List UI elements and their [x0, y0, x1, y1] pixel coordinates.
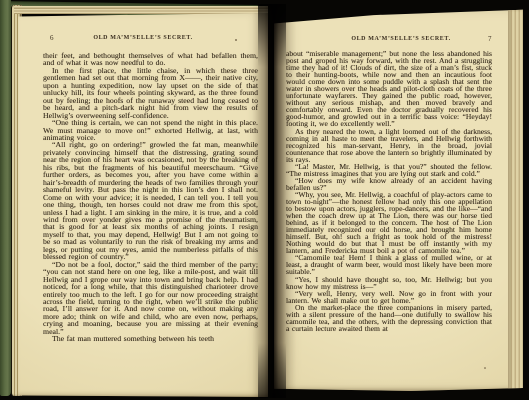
paragraph: their feet, and bethought themselves of … [43, 52, 258, 67]
right-running-header: OLD MA’M’SELLE’S SECRET. [286, 36, 516, 42]
right-page: OLD MA’M’SELLE’S SECRET. 7 about “misera… [274, 9, 523, 391]
right-page-header: OLD MA’M’SELLE’S SECRET. 7 [286, 36, 516, 42]
paragraph: On the market-place the three companions… [286, 304, 492, 332]
left-running-header: OLD MA’M’SELLE’S SECRET. [43, 35, 243, 41]
paragraph: The fat man muttered something between h… [43, 335, 258, 342]
foxing-speck [235, 39, 237, 41]
left-page-header: 6 OLD MA’M’SELLE’S SECRET. [43, 35, 243, 41]
left-page: 6 OLD MA’M’SELLE’S SECRET. their feet, a… [18, 13, 268, 397]
paragraph: “Why, you see, Mr. Hellwig, a coachful o… [286, 191, 492, 254]
paragraph: “Do not be a fool, doctor,” said the thi… [43, 261, 258, 336]
foxing-speck [484, 367, 486, 369]
left-page-text: their feet, and bethought themselves of … [43, 52, 258, 364]
open-book-photo: 6 OLD MA’M’SELLE’S SECRET. their feet, a… [0, 0, 529, 400]
paragraph: “Camomile tea! Hem! I think a glass of m… [286, 254, 492, 275]
right-page-text: about “miserable management;” but none t… [286, 50, 492, 366]
paragraph: In the first place, the little chaise, i… [43, 67, 258, 119]
foxing-speck [245, 160, 247, 162]
paragraph: “La! Master, Mr. Hellwig, is that you?” … [286, 163, 492, 177]
paragraph: “Very well, Henry, very well. Now go in … [286, 290, 492, 304]
paragraph: “All right, go on ordering!” growled the… [43, 141, 258, 260]
paragraph: “How does my wife know already of an acc… [286, 177, 492, 191]
book-cover-left-edge [0, 0, 11, 396]
right-page-fore-edge [508, 9, 523, 391]
paragraph: “Yes, I should have thought so, too, Mr.… [286, 276, 492, 290]
right-page-number: 7 [488, 35, 492, 43]
paragraph: As they neared the town, a light loomed … [286, 128, 492, 163]
paragraph: “One thing is certain, we can not spend … [43, 119, 258, 141]
paragraph: about “miserable management;” but none t… [286, 50, 492, 128]
page-stack-top-edges [14, 6, 268, 14]
left-page-number: 6 [50, 34, 54, 42]
